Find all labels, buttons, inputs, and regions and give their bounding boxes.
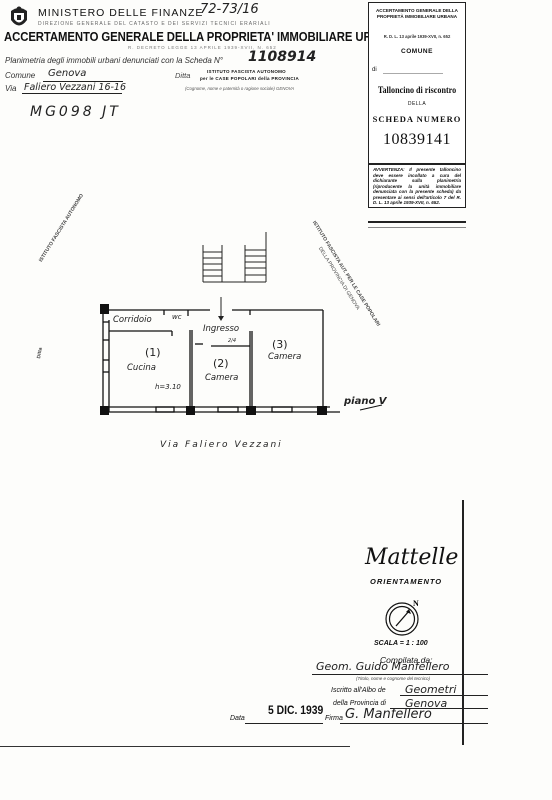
room-number-2: (2) (213, 357, 229, 370)
provincia-label: della Provincia di (333, 700, 386, 707)
staircase-icon (203, 232, 266, 282)
svg-text:N: N (413, 599, 419, 608)
albo-underline (400, 695, 488, 696)
data-label: Data (230, 715, 245, 722)
floor-level-label: piano V (344, 396, 387, 407)
date-stamp: 5 DIC. 1939 (268, 705, 323, 717)
tecnico-name-handwritten: Geom. Guido Manfellero (316, 660, 449, 673)
signature-top: Mattelle (365, 545, 458, 570)
room-label-corridoio: Corridoio (113, 315, 152, 325)
north-compass-icon: N (384, 597, 424, 637)
room-label-camera-3: Camera (268, 352, 301, 362)
height-note: h=3.10 (155, 383, 181, 391)
right-border-line (462, 500, 464, 745)
small-dimension-label: 2/4 (228, 338, 236, 344)
room-label-cucina: Cucina (127, 363, 156, 373)
room-label-ingresso: Ingresso (203, 324, 239, 334)
room-label-wc: wc (172, 313, 182, 321)
firma-signature: G. Manfellero (345, 707, 432, 722)
orientamento-label: ORIENTAMENTO (370, 577, 442, 586)
street-name-label: Via Faliero Vezzani (160, 440, 283, 450)
albo-label: Iscritto all'Albo de (331, 687, 386, 694)
room-number-3: (3) (272, 338, 288, 351)
floor-plan-drawing (0, 0, 552, 800)
firma-label: Firma (325, 715, 343, 722)
scale-label: SCALA = 1 : 100 (374, 640, 428, 647)
tecnico-hint: (Titolo, nome e cognome del tecnico) (356, 676, 430, 681)
room-number-1: (1) (145, 346, 161, 359)
data-underline (245, 723, 323, 724)
bottom-border-line (0, 746, 350, 747)
firma-underline (340, 723, 488, 724)
room-label-camera-2: Camera (205, 373, 238, 383)
